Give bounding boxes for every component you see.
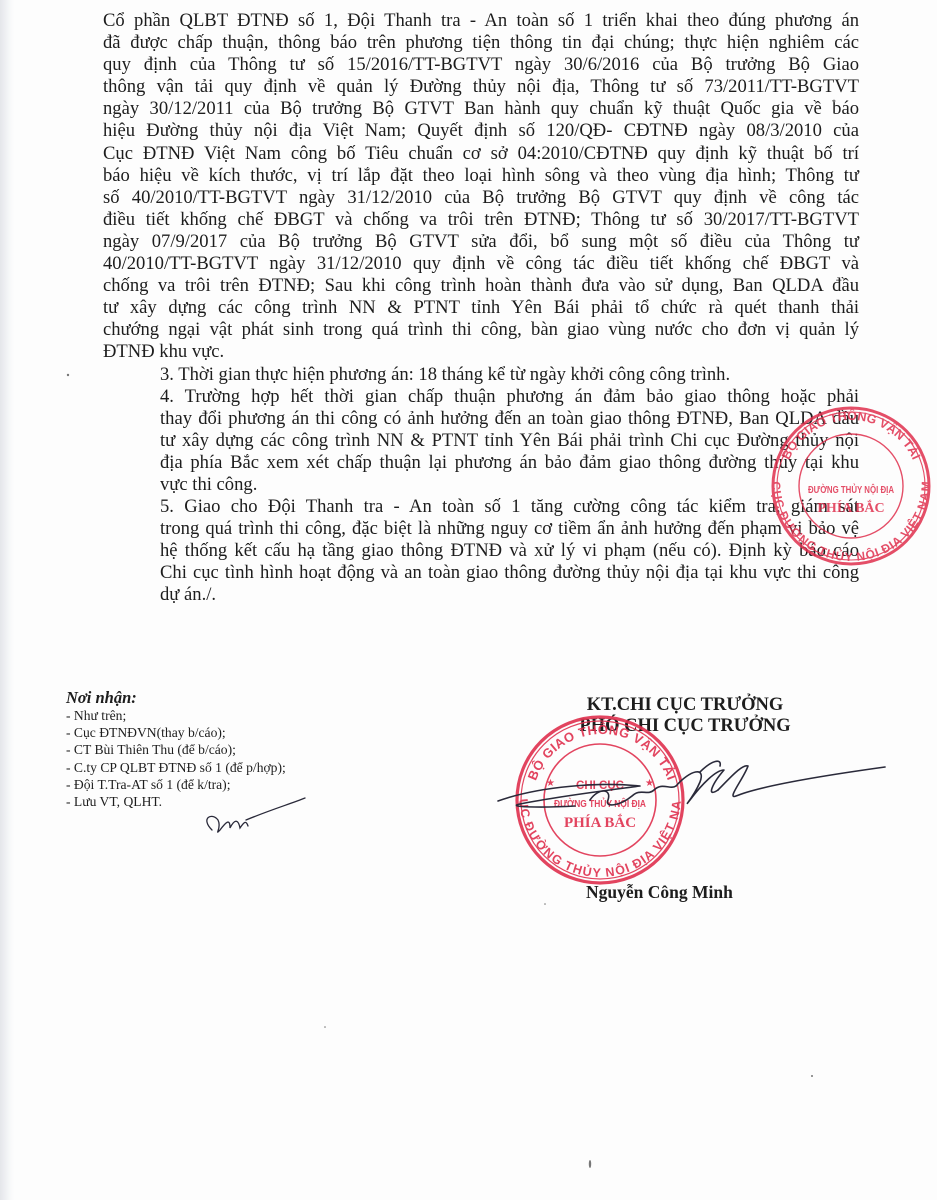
svg-text:★: ★ — [546, 778, 555, 789]
svg-text:PHÍA BẮC: PHÍA BẮC — [817, 499, 884, 516]
stamp-outer-top: BỘ GIAO THÔNG VẬN TẢI — [525, 722, 680, 782]
scan-marks — [67, 100, 836, 1168]
initials-mark — [207, 798, 305, 832]
svg-text:BỘ GIAO THÔNG VẬN TẢI: BỘ GIAO THÔNG VẬN TẢI — [525, 722, 680, 782]
stamps-and-signatures: BỘ GIAO THÔNG VẬN TẢI CỤC ĐƯỜNG THỦY NỘI… — [0, 0, 937, 1200]
svg-text:ĐƯỜNG THỦY NỘI ĐỊA: ĐƯỜNG THỦY NỘI ĐỊA — [808, 483, 894, 496]
svg-text:★: ★ — [645, 778, 654, 789]
stamp-inner-line3: PHÍA BẮC — [564, 814, 636, 831]
official-stamp: BỘ GIAO THÔNG VẬN TẢI CỤC ĐƯỜNG THỦY NỘI… — [0, 0, 684, 883]
svg-text:BỘ GIAO THÔNG VẬN TẢI: BỘ GIAO THÔNG VẬN TẢI — [779, 408, 923, 462]
stamp-inner-line2: ĐƯỜNG THỦY NỘI ĐỊA — [554, 797, 646, 810]
partial-edge-stamp: BỘ GIAO THÔNG VẬN TẢI CỤC ĐƯỜNG THỦY NỘI… — [769, 408, 933, 564]
